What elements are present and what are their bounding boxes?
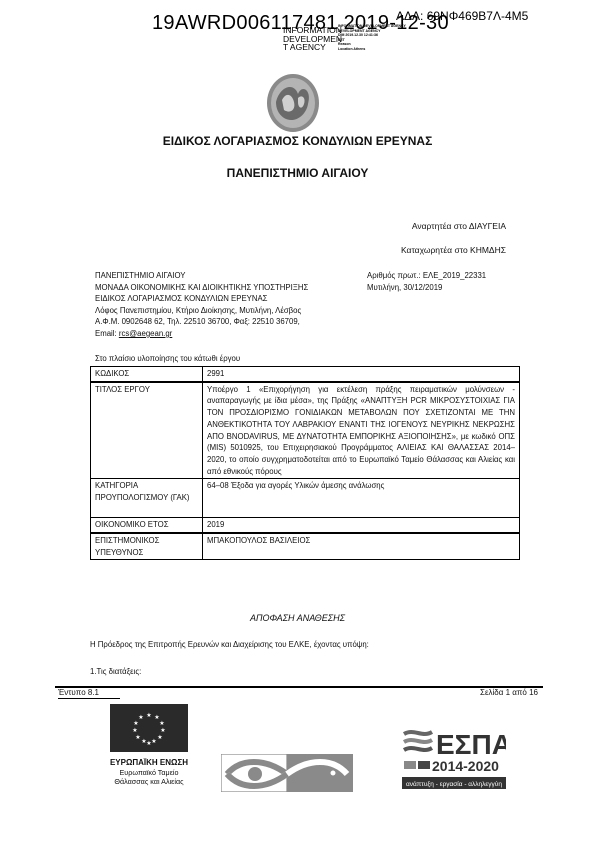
espa-logo: ΕΣΠΑ 2014-2020 ανάπτυξη - εργασία - αλλη… — [402, 724, 506, 790]
stamp-detail: Location Athens — [338, 47, 406, 52]
row-value: Υποέργο 1 «Επιχορήγηση για εκτέλεση πράξ… — [203, 382, 520, 479]
svg-text:★: ★ — [132, 727, 137, 734]
row-key: ΟΙΚΟΝΟΜΙΚΟ ΕΤΟΣ — [91, 518, 203, 533]
footer-divider — [58, 698, 120, 699]
eu-logo: ★★★ ★★★ ★★★ ★★★ ΕΥΡΩΠΑΪΚΗ ΕΝΩΣΗ Ευρωπαϊκ… — [104, 704, 194, 787]
fisheries-program-logo-icon — [221, 754, 353, 792]
place-date: Μυτιλήνη, 30/12/2019 — [367, 282, 486, 294]
posted-kimdis-note: Καταχωρητέα στο ΚΗΜΔΗΣ — [401, 245, 506, 255]
svg-text:★: ★ — [133, 720, 138, 727]
ada-number: ΑΔΑ: 69ΝΦ469Β7Λ-4Μ5 — [396, 9, 528, 23]
eu-label-line: ΕΥΡΩΠΑΪΚΗ ΕΝΩΣΗ — [110, 758, 188, 767]
espa-slogan: ανάπτυξη - εργασία - αλληλεγγύη — [406, 780, 502, 788]
svg-text:★: ★ — [135, 734, 140, 741]
espa-years: 2014-2020 — [432, 758, 499, 774]
table-row: ΕΠΙΣΤΗΜΟΝΙΚΟΣ ΥΠΕΥΘΥΝΟΣ ΜΠΑΚΟΠΟΥΛΟΣ ΒΑΣΙ… — [91, 533, 520, 560]
sender-address: ΠΑΝΕΠΙΣΤΗΜΙΟ ΑΙΓΑΙΟΥ ΜΟΝΑΔΑ ΟΙΚΟΝΟΜΙΚΗΣ … — [95, 270, 308, 340]
header-title: ΕΙΔΙΚΟΣ ΛΟΓΑΡΙΑΣΜΟΣ ΚΟΝΔΥΛΙΩΝ ΕΡΕΥΝΑΣ — [0, 134, 595, 148]
svg-text:★: ★ — [159, 720, 164, 727]
context-label: Στο πλαίσιο υλοποίησης του κάτωθι έργου — [95, 354, 240, 363]
address-line: Α.Φ.Μ. 0902648 62, Τηλ. 22510 36700, Φαξ… — [95, 316, 308, 328]
table-row: ΚΑΤΗΓΟΡΙΑ ΠΡΟΥΠΟΛΟΓΙΣΜΟΥ (ΓΑΚ) 64–08 Έξο… — [91, 479, 520, 518]
signature-stamp-details: INFORMATION DEVELOPMENT AGENCY DEVELOPME… — [338, 24, 406, 51]
decision-intro: Η Πρόεδρος της Επιτροπής Ερευνών και Δια… — [90, 640, 369, 649]
table-row: ΤΙΤΛΟΣ ΕΡΓΟΥ Υποέργο 1 «Επιχορήγηση για … — [91, 382, 520, 479]
svg-text:★: ★ — [160, 727, 165, 734]
svg-text:★: ★ — [138, 714, 143, 721]
eu-flag-icon: ★★★ ★★★ ★★★ ★★★ — [110, 704, 188, 752]
svg-text:★: ★ — [146, 740, 151, 747]
email-link[interactable]: rcs@aegean.gr — [119, 329, 172, 338]
decision-title: ΑΠΟΦΑΣΗ ΑΝΑΘΕΣΗΣ — [0, 613, 595, 623]
form-number: Έντυπο 8.1 — [58, 688, 99, 697]
email-label: Email: — [95, 329, 119, 338]
row-value: 2991 — [203, 367, 520, 382]
protocol-number: Αριθμός πρωτ.: ΕΛΕ_2019_22331 — [367, 270, 486, 282]
stamp-line: T AGENCY — [283, 43, 342, 52]
row-key: ΤΙΤΛΟΣ ΕΡΓΟΥ — [91, 382, 203, 479]
address-line: ΜΟΝΑΔΑ ΟΙΚΟΝΟΜΙΚΗΣ ΚΑΙ ΔΙΟΙΚΗΤΙΚΗΣ ΥΠΟΣΤ… — [95, 282, 308, 294]
project-table: ΚΩΔΙΚΟΣ 2991 ΤΙΤΛΟΣ ΕΡΓΟΥ Υποέργο 1 «Επι… — [90, 366, 520, 560]
address-line: Λόφος Πανεπιστημίου, Κτήριο Διοίκησης, Μ… — [95, 305, 308, 317]
eu-label-line: Ευρωπαϊκό Ταμείο — [120, 768, 179, 777]
signature-stamp-label: INFORMATION DEVELOPMEN T AGENCY — [283, 26, 342, 52]
eu-label: ΕΥΡΩΠΑΪΚΗ ΕΝΩΣΗ Ευρωπαϊκό Ταμείο Θάλασσα… — [104, 758, 194, 787]
svg-text:★: ★ — [157, 734, 162, 741]
protocol-block: Αριθμός πρωτ.: ΕΛΕ_2019_22331 Μυτιλήνη, … — [367, 270, 486, 293]
university-seal-icon — [264, 72, 322, 134]
university-name: ΠΑΝΕΠΙΣΤΗΜΙΟ ΑΙΓΑΙΟΥ — [0, 166, 595, 180]
row-value: 64–08 Έξοδα για αγορές Υλικών άμεσης ανά… — [203, 479, 520, 518]
page-indicator: Σελίδα 1 από 16 — [430, 688, 538, 697]
row-value: ΜΠΑΚΟΠΟΥΛΟΣ ΒΑΣΙΛΕΙΟΣ — [203, 533, 520, 560]
email-line: Email: rcs@aegean.gr — [95, 328, 308, 340]
eu-label-line: Θάλασσας και Αλιείας — [114, 777, 183, 786]
address-line: ΕΙΔΙΚΟΣ ΛΟΓΑΡΙΑΣΜΟΣ ΚΟΝΔΥΛΙΩΝ ΕΡΕΥΝΑΣ — [95, 293, 308, 305]
espa-title: ΕΣΠΑ — [436, 729, 506, 760]
row-key: ΚΑΤΗΓΟΡΙΑ ΠΡΟΥΠΟΛΟΓΙΣΜΟΥ (ΓΑΚ) — [91, 479, 203, 518]
decision-item-1: 1.Τις διατάξεις: — [90, 667, 141, 676]
address-line: ΠΑΝΕΠΙΣΤΗΜΙΟ ΑΙΓΑΙΟΥ — [95, 270, 308, 282]
svg-text:★: ★ — [146, 712, 151, 719]
table-row: ΟΙΚΟΝΟΜΙΚΟ ΕΤΟΣ 2019 — [91, 518, 520, 533]
stamp-detail: INFORMATION DEVELOPMENT AGENCY — [338, 24, 406, 29]
posted-diavgeia-note: Αναρτητέα στο ΔΙΑΥΓΕΙΑ — [412, 221, 506, 231]
svg-text:★: ★ — [151, 738, 156, 745]
row-key: ΕΠΙΣΤΗΜΟΝΙΚΟΣ ΥΠΕΥΘΥΝΟΣ — [91, 533, 203, 560]
row-key: ΚΩΔΙΚΟΣ — [91, 367, 203, 382]
table-row: ΚΩΔΙΚΟΣ 2991 — [91, 367, 520, 382]
row-value: 2019 — [203, 518, 520, 533]
